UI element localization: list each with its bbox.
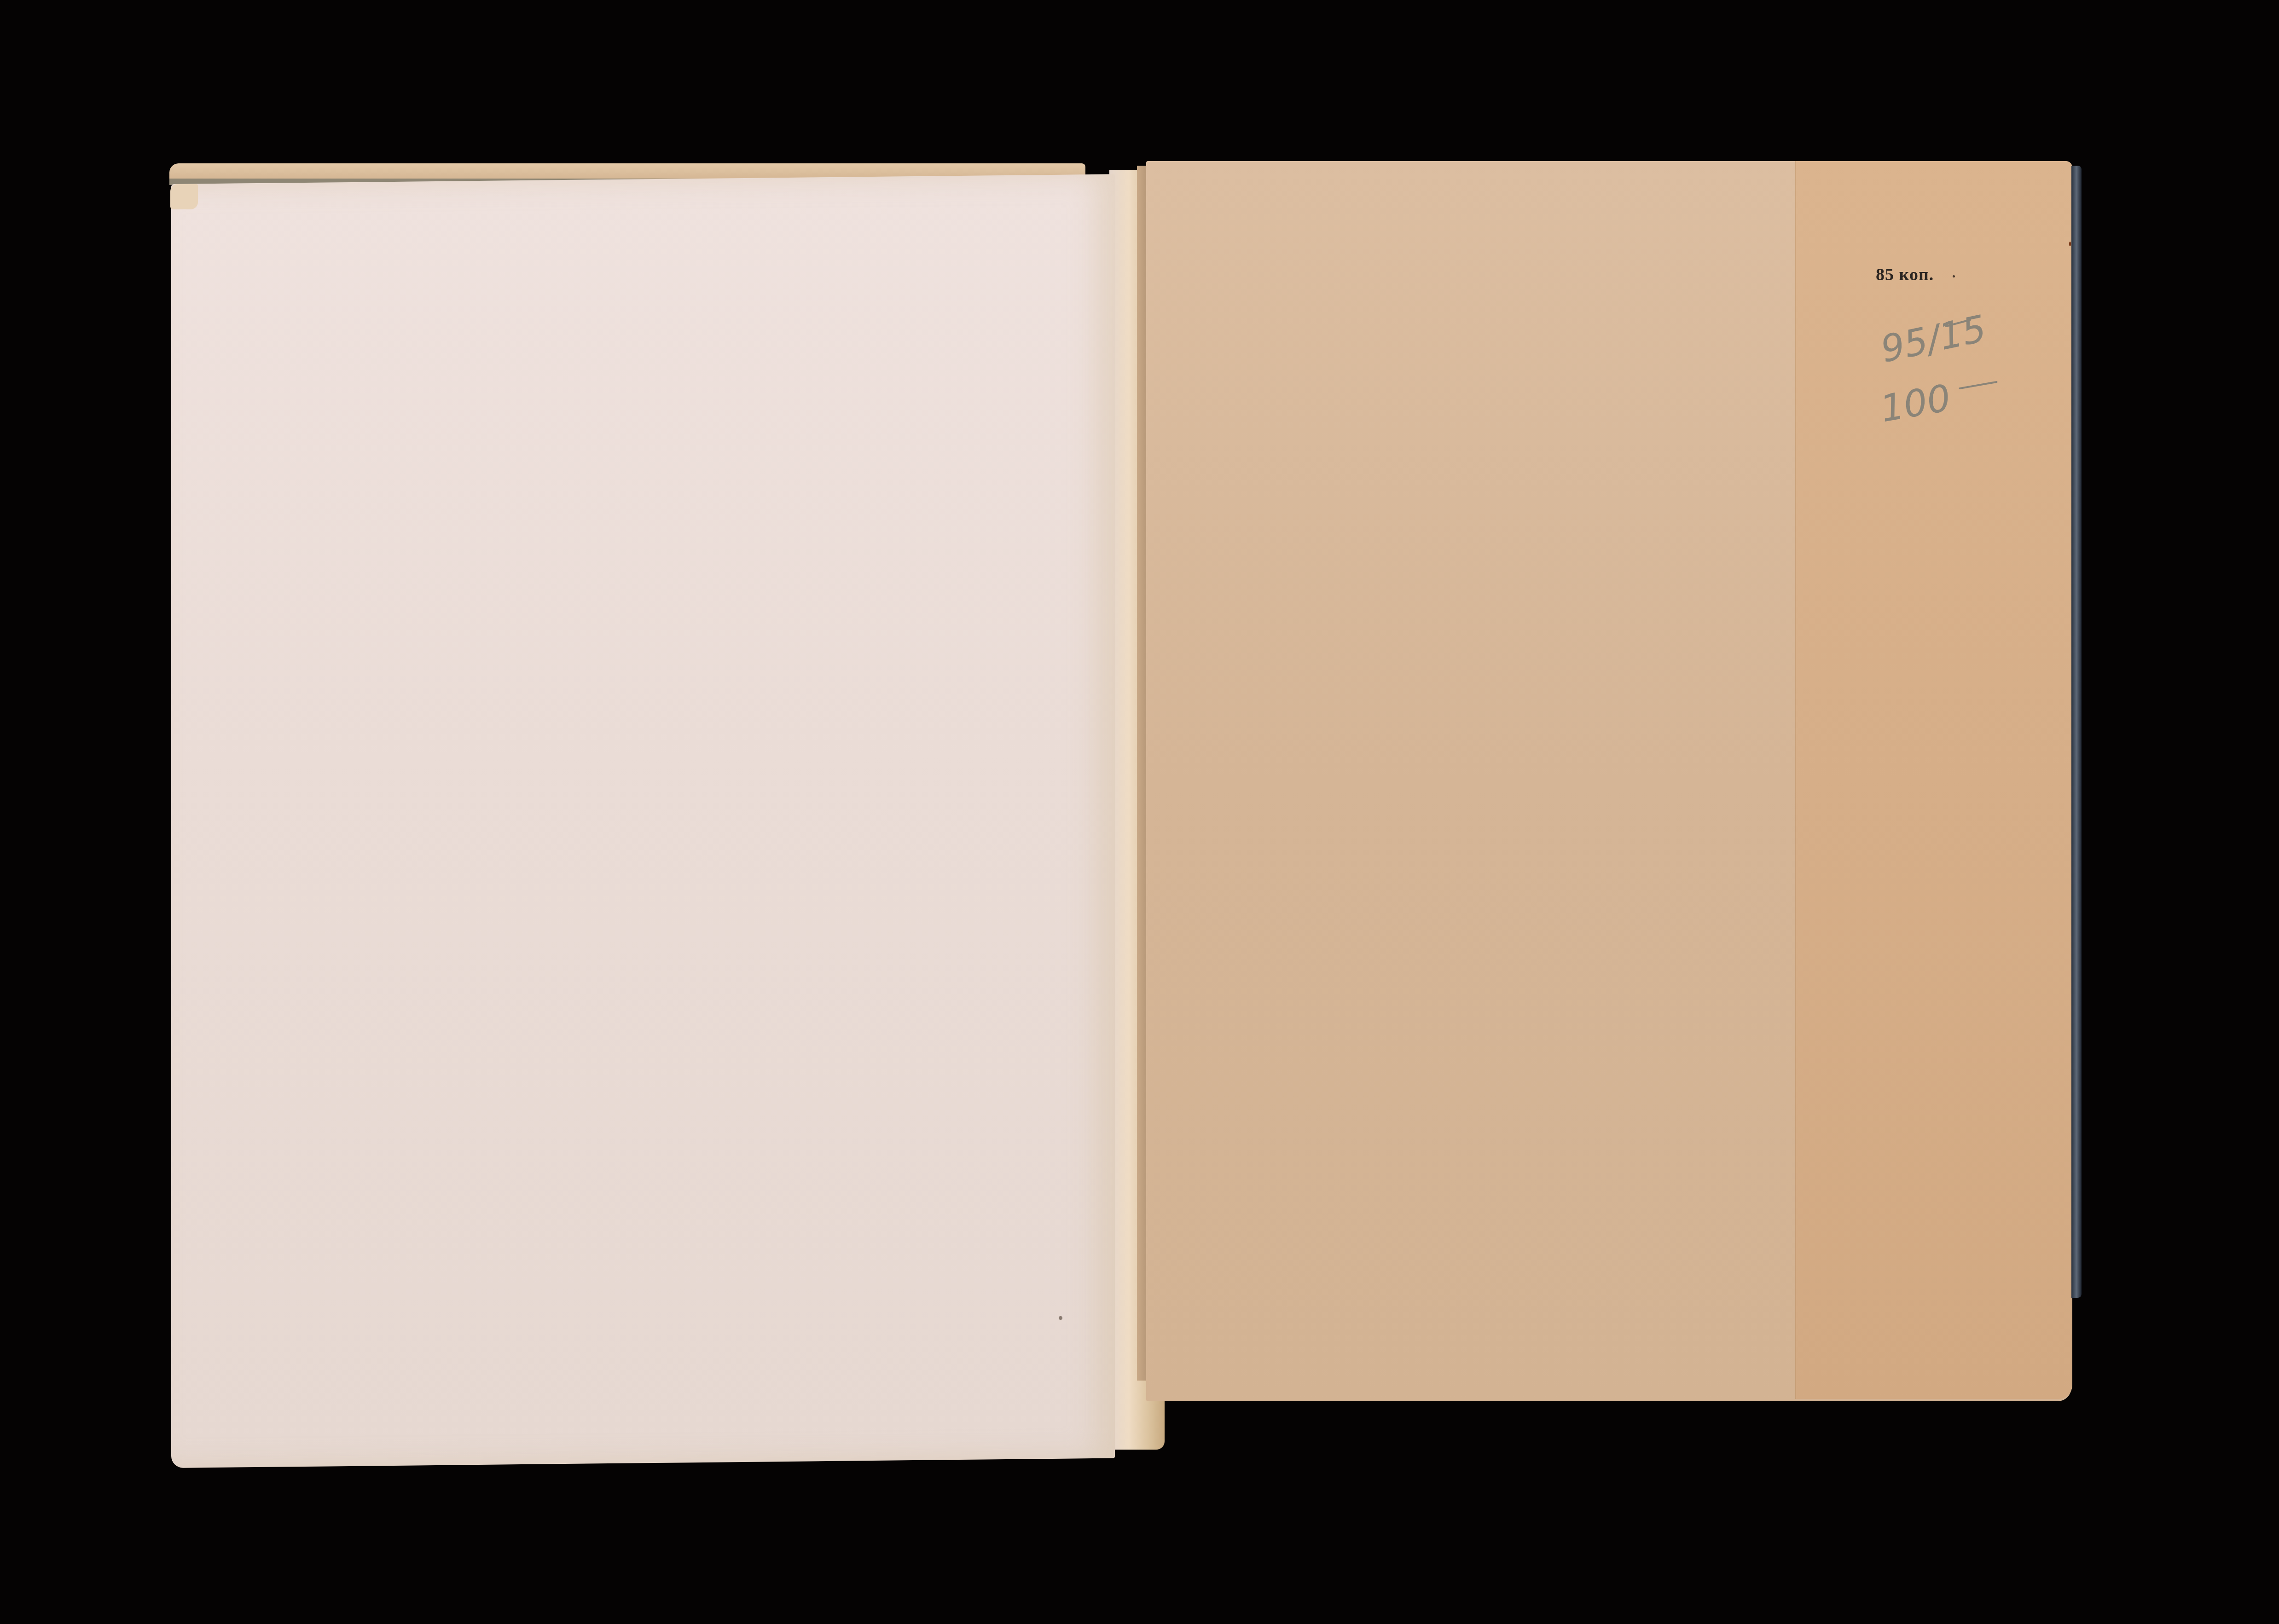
back-board-edge xyxy=(2071,166,2082,1298)
left-page-corner-fold xyxy=(170,184,198,209)
rust-mark xyxy=(2069,242,2071,246)
ink-dot xyxy=(1953,275,1955,277)
paper-speck xyxy=(1059,1316,1062,1320)
open-booklet: 85 коп. 95/15 100 xyxy=(0,0,2279,1624)
left-page-blank xyxy=(171,174,1115,1468)
printed-price: 85 коп. xyxy=(1876,265,1934,285)
